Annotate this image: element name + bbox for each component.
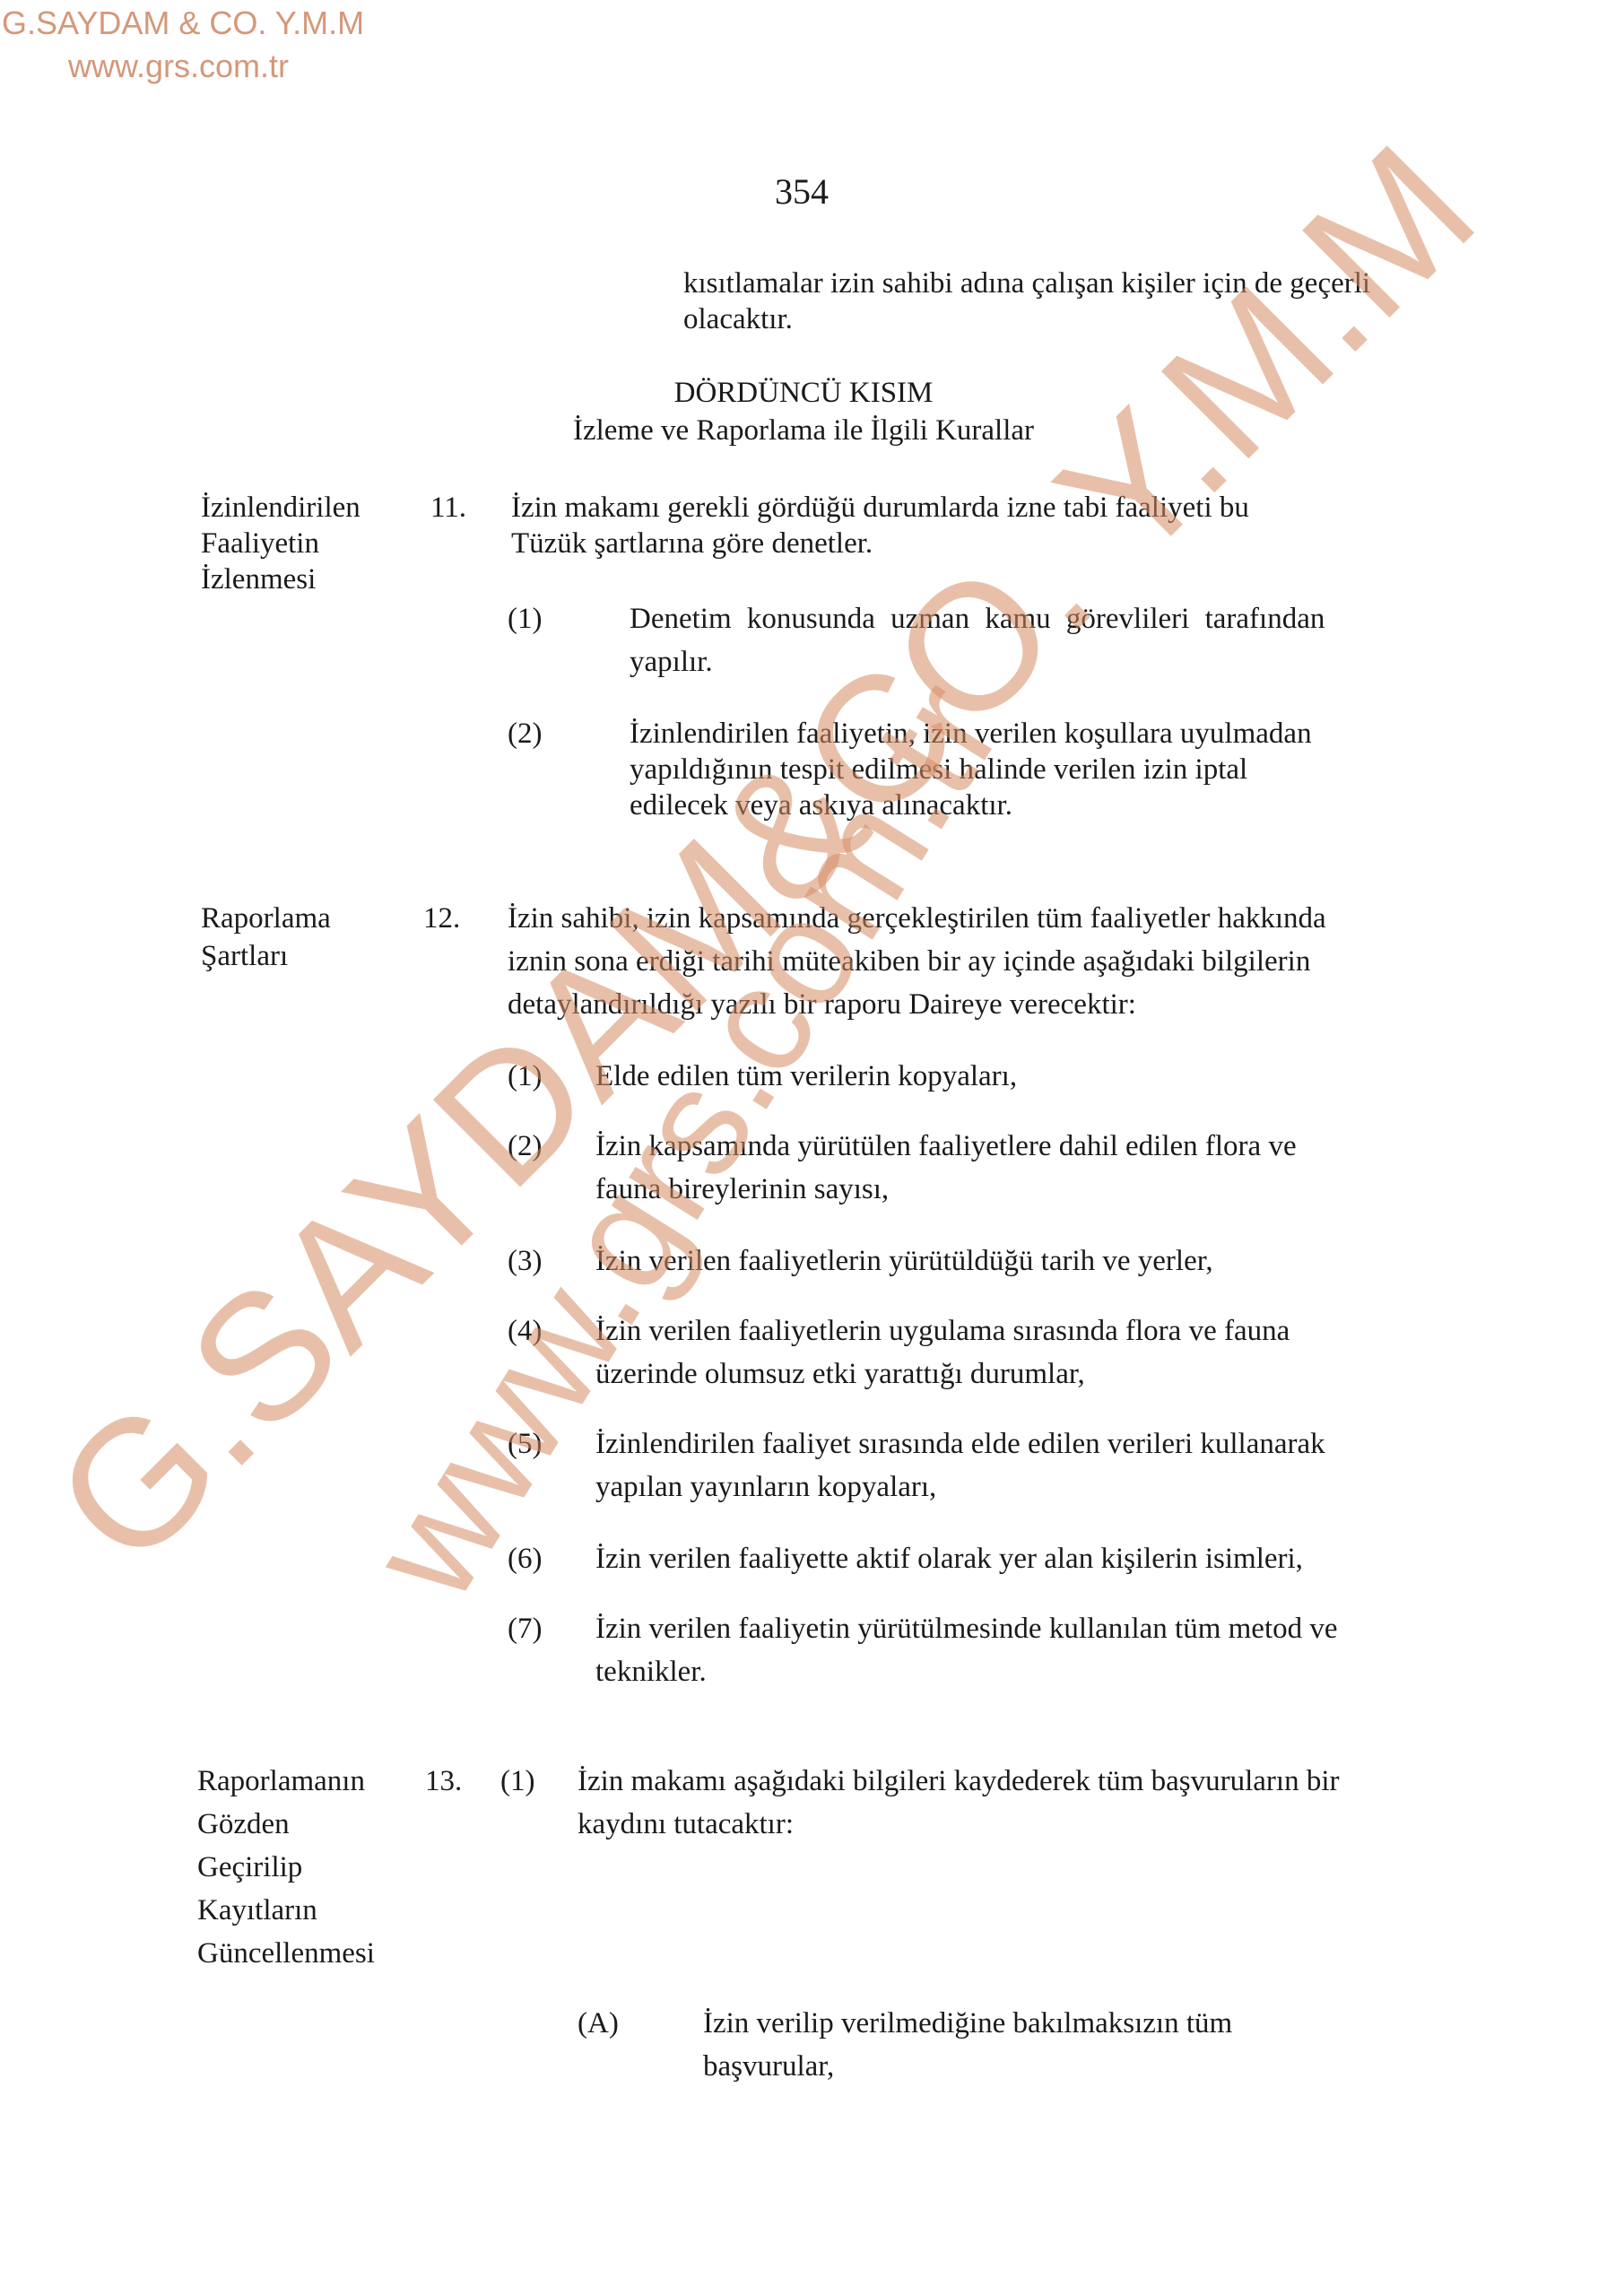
section-margin-title: Raporlama <box>201 900 331 936</box>
item-label: (2) <box>508 716 542 752</box>
header-website[interactable]: www.grs.com.tr <box>68 50 289 83</box>
item-label: (6) <box>508 1541 542 1577</box>
item-label: (1) <box>508 601 542 637</box>
part-subtitle: İzleme ve Raporlama ile İlgili Kurallar <box>0 414 1607 448</box>
section-margin-title: İzinlendirilen <box>201 490 360 526</box>
section-margin-title: Raporlamanın <box>197 1763 365 1799</box>
section-number: 13. <box>425 1763 462 1799</box>
header-company: G.SAYDAM & CO. Y.M.M <box>2 7 364 39</box>
item-label: (5) <box>508 1426 542 1462</box>
section-number: 11. <box>430 490 466 526</box>
page-number: 354 <box>775 170 829 213</box>
sub-label: (1) <box>500 1763 534 1799</box>
part-title: DÖRDÜNCÜ KISIM <box>0 377 1607 410</box>
item-label: (3) <box>508 1243 542 1279</box>
item-label: (A) <box>578 2005 619 2041</box>
item-label: (1) <box>508 1058 542 1094</box>
item-label: (4) <box>508 1313 542 1349</box>
section-number: 12. <box>423 900 460 936</box>
item-label: (7) <box>508 1611 542 1647</box>
item-label: (2) <box>508 1128 542 1164</box>
